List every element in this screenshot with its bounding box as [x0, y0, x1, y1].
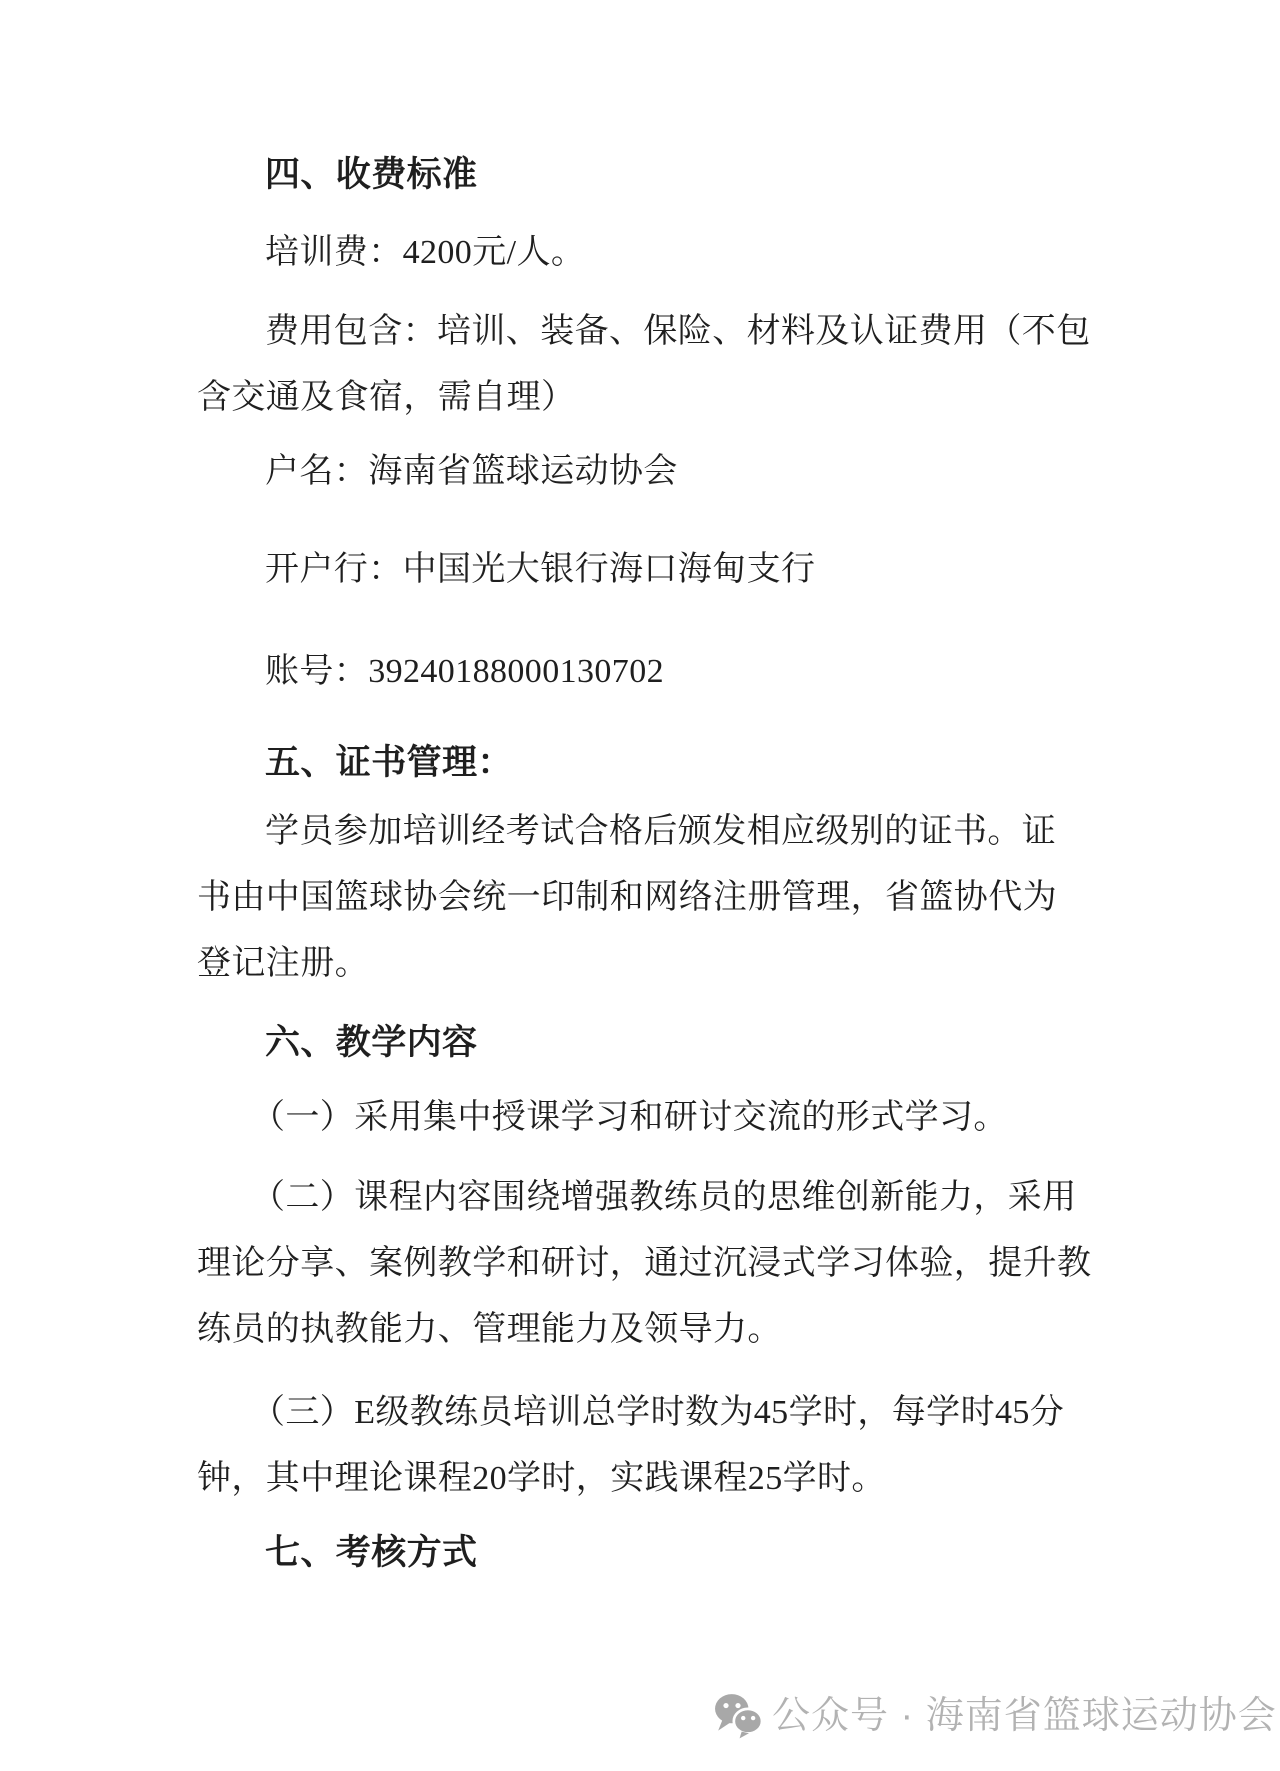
section-heading-teaching-content: 六、教学内容: [197, 1010, 1157, 1076]
heading-text: 四、收费标准: [197, 142, 1157, 208]
paragraph-account-number: 账号：39240188000130702: [197, 639, 1157, 705]
text-line: 费用包含：培训、装备、保险、材料及认证费用（不包: [197, 299, 1157, 365]
wechat-icon: [714, 1693, 762, 1739]
wechat-watermark: 公众号 · 海南省篮球运动协会: [714, 1693, 1277, 1739]
text-line: 账号：39240188000130702: [197, 639, 1157, 705]
paragraph-fee-includes: 费用包含：培训、装备、保险、材料及认证费用（不包 含交通及食宿，需自理）: [197, 299, 1157, 431]
text-line: 钟，其中理论课程20学时，实践课程25学时。: [197, 1446, 1157, 1512]
text-line: （一）采用集中授课学习和研讨交流的形式学习。: [197, 1085, 1157, 1151]
text-line: 培训费：4200元/人。: [197, 220, 1157, 286]
paragraph-tuition-fee: 培训费：4200元/人。: [197, 220, 1157, 286]
text-line: （二）课程内容围绕增强教练员的思维创新能力，采用: [197, 1165, 1157, 1231]
text-line: 含交通及食宿，需自理）: [197, 365, 1157, 431]
text-line: （三）E级教练员培训总学时数为45学时，每学时45分: [197, 1380, 1157, 1446]
heading-text: 七、考核方式: [197, 1520, 1157, 1586]
watermark-text: 公众号 · 海南省篮球运动协会: [772, 1693, 1277, 1739]
paragraph-account-name: 户名：海南省篮球运动协会: [197, 439, 1157, 505]
text-line: 开户行：中国光大银行海口海甸支行: [197, 537, 1157, 603]
text-line: 书由中国篮球协会统一印制和网络注册管理，省篮协代为: [197, 865, 1157, 931]
paragraph-teaching-item-1: （一）采用集中授课学习和研讨交流的形式学习。: [197, 1085, 1157, 1151]
document-body: 四、收费标准 培训费：4200元/人。 费用包含：培训、装备、保险、材料及认证费…: [197, 142, 1157, 1586]
paragraph-teaching-item-3: （三）E级教练员培训总学时数为45学时，每学时45分 钟，其中理论课程20学时，…: [197, 1380, 1157, 1512]
paragraph-certificate-management: 学员参加培训经考试合格后颁发相应级别的证书。证 书由中国篮球协会统一印制和网络注…: [197, 799, 1157, 997]
document-page: 四、收费标准 培训费：4200元/人。 费用包含：培训、装备、保险、材料及认证费…: [0, 0, 1280, 1771]
paragraph-teaching-item-2: （二）课程内容围绕增强教练员的思维创新能力，采用 理论分享、案例教学和研讨，通过…: [197, 1165, 1157, 1363]
text-line: 练员的执教能力、管理能力及领导力。: [197, 1297, 1157, 1363]
section-heading-fees: 四、收费标准: [197, 142, 1157, 208]
heading-text: 六、教学内容: [197, 1010, 1157, 1076]
section-heading-assessment: 七、考核方式: [197, 1520, 1157, 1586]
text-line: 学员参加培训经考试合格后颁发相应级别的证书。证: [197, 799, 1157, 865]
text-line: 理论分享、案例教学和研讨，通过沉浸式学习体验，提升教: [197, 1231, 1157, 1297]
text-line: 户名：海南省篮球运动协会: [197, 439, 1157, 505]
heading-text: 五、证书管理：: [197, 730, 1157, 796]
text-line: 登记注册。: [197, 931, 1157, 997]
section-heading-certificates: 五、证书管理：: [197, 730, 1157, 796]
paragraph-bank-branch: 开户行：中国光大银行海口海甸支行: [197, 537, 1157, 603]
